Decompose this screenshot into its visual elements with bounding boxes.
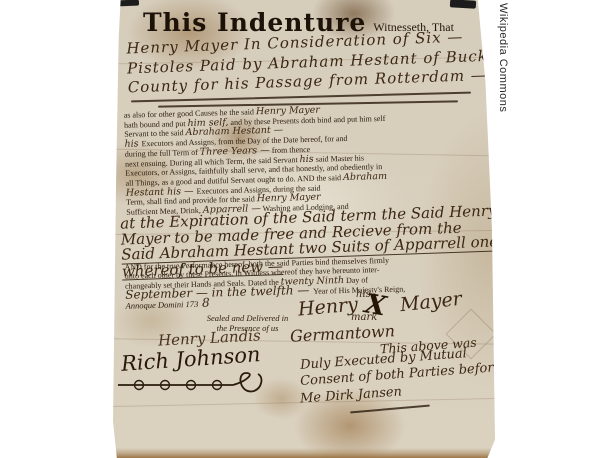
- scan-edge-mark-left: [116, 0, 139, 6]
- image-credit: Wikipedia Commons: [497, 3, 509, 112]
- page: This IndentureWitnesseth, That Henry May…: [0, 0, 610, 458]
- signature-witness2: Rich Johnson: [120, 342, 261, 376]
- sealed-line: Sealed and Delivered in: [185, 313, 310, 323]
- printed-body-block: as also for other good Causes he the sai…: [124, 101, 489, 217]
- servant-x-mark: X: [362, 288, 388, 322]
- pen-flourish-line: [350, 405, 430, 414]
- indenture-document: This IndentureWitnesseth, That Henry May…: [113, 0, 495, 458]
- signature-flourish: [115, 372, 290, 398]
- handwritten-intro-block: Henry Mayer In Consideration of Six — Pi…: [126, 27, 497, 98]
